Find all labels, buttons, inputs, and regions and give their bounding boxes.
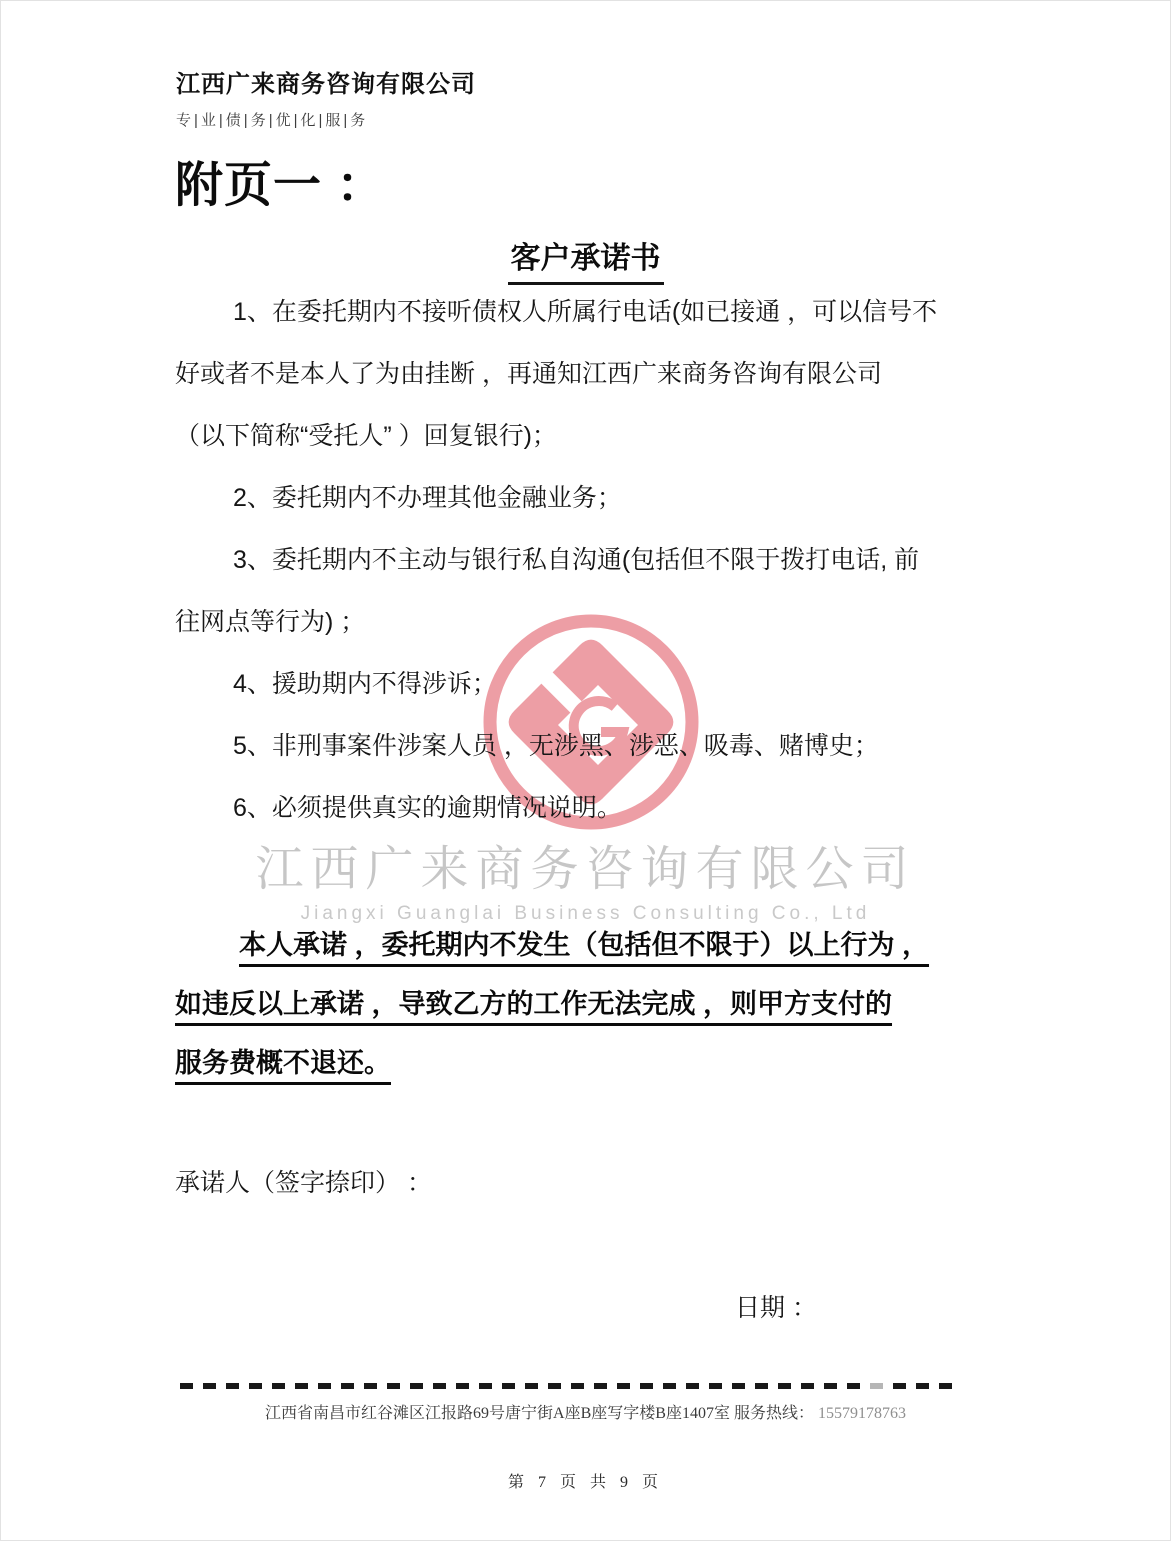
footer-hotline-number: 15579178763 [818, 1405, 906, 1422]
watermark-company-cn: 江西广来商务咨询有限公司 [0, 830, 1171, 899]
commitment-paragraph: 本人承诺 ，委托期内不发生（包括但不限于）以上行为 ， 如违反以上承诺 ，导致乙… [175, 916, 929, 1093]
commitment-line: 服务费概不退还。 [175, 1034, 929, 1093]
document-page: 江西广来商务咨询有限公司 专|业|债|务|优|化|服|务 附页一 ： 客户承诺书… [0, 0, 1171, 1541]
clause-line: 1、在委托期内不接听债权人所属行电话(如已接通 ，可以信号不 [175, 281, 1055, 343]
footer-address: 江西省南昌市红谷滩区江报路69号唐宁街A座B座写字楼B座1407室 服务热线： … [0, 1400, 1171, 1423]
page-number: 第 7 页 共 9 页 [0, 1469, 1171, 1492]
clause-line: 好或者不是本人了为由挂断 ，再通知江西广来商务咨询有限公司 [175, 343, 1055, 405]
clause-line: 6、必须提供真实的逾期情况说明。 [175, 777, 1055, 839]
watermark-text: 江西广来商务咨询有限公司 Jiangxi Guanglai Business C… [0, 830, 1171, 925]
clause-line: （以下简称“受托人” ）回复银行)； [175, 405, 1055, 467]
commitment-line: 本人承诺 ，委托期内不发生（包括但不限于）以上行为 ， [175, 916, 929, 975]
page-title: 客户承诺书 [508, 233, 664, 285]
clause-list: 1、在委托期内不接听债权人所属行电话(如已接通 ，可以信号不 好或者不是本人了为… [175, 281, 1055, 839]
dash-faded-segment [870, 1383, 883, 1389]
clause-line: 5、非刑事案件涉案人员 ，无涉黑、涉恶、吸毒、赌博史； [175, 715, 1055, 777]
date-label: 日期 ： [735, 1288, 817, 1324]
dashed-divider [180, 1383, 960, 1389]
letterhead: 江西广来商务咨询有限公司 专|业|债|务|优|化|服|务 [176, 64, 476, 130]
footer-address-text: 江西省南昌市红谷滩区江报路69号唐宁街A座B座写字楼B座1407室 服务热线： [265, 1405, 814, 1422]
commitment-line: 如违反以上承诺 ，导致乙方的工作无法完成 ，则甲方支付的 [175, 975, 929, 1034]
letterhead-tagline: 专|业|债|务|优|化|服|务 [176, 109, 476, 130]
clause-line: 2、委托期内不办理其他金融业务； [175, 467, 1055, 529]
clause-line: 4、援助期内不得涉诉； [175, 653, 1055, 715]
signature-label: 承诺人（签字捺印） ： [175, 1163, 432, 1199]
title-row: 客户承诺书 [0, 233, 1171, 285]
letterhead-company-name: 江西广来商务咨询有限公司 [176, 64, 476, 99]
clause-line: 3、委托期内不主动与银行私自沟通(包括但不限于拨打电话, 前 [175, 529, 1055, 591]
clause-line: 往网点等行为) ； [175, 591, 1055, 653]
appendix-heading: 附页一 ： [175, 146, 385, 215]
